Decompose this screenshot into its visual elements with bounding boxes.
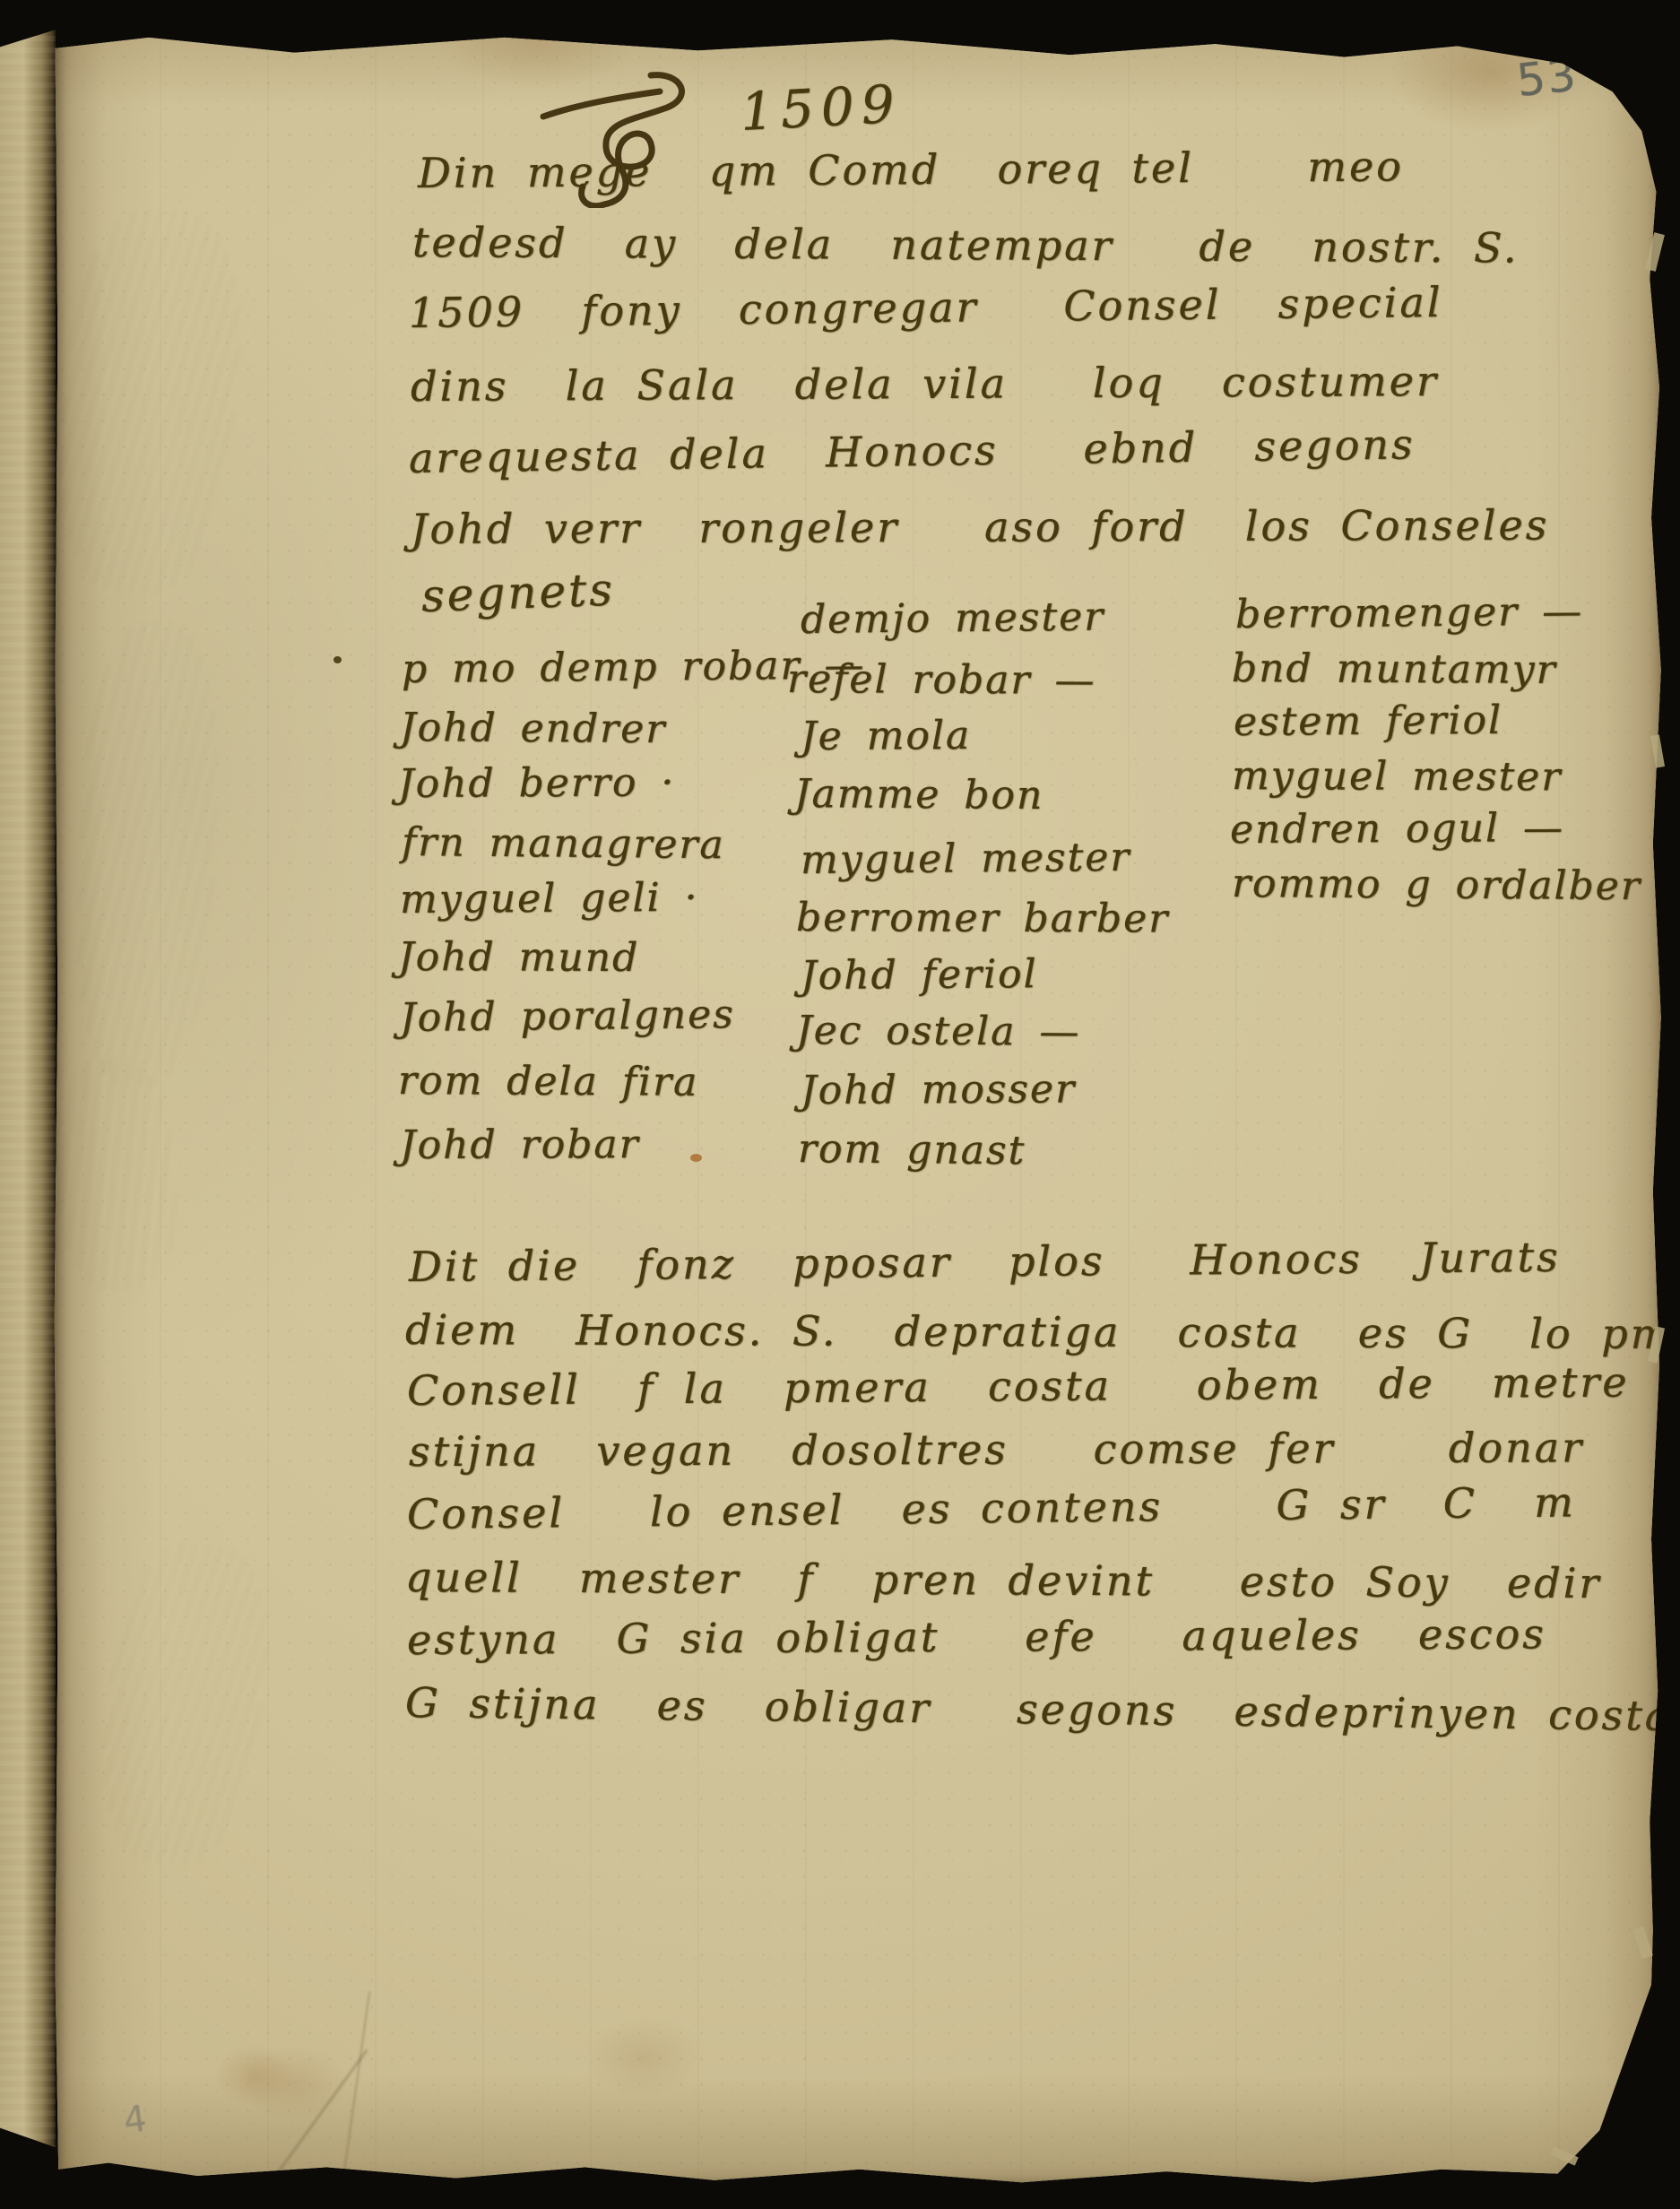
attendees-label: segnets: [420, 567, 615, 619]
deckle-edge: [215, 24, 1560, 36]
paper-crease: [342, 1991, 371, 2187]
attendee-name: Jec ostela —: [796, 1011, 1081, 1053]
manuscript-line: tedesd ay dela natempar de nostr. S.: [412, 221, 1520, 268]
manuscript-line: Consel lo ensel es contens G sr C m: [407, 1481, 1576, 1535]
show-through-marks: [45, 200, 255, 602]
pencil-scribble: [1397, 22, 1587, 40]
attendee-name: Johd mund: [398, 938, 639, 978]
attendee-name: Johd robar: [400, 1125, 640, 1165]
attendee-name: Johd poralgnes: [400, 995, 735, 1038]
attendee-name: rom dela fira: [398, 1061, 699, 1103]
attendee-name: myguel geli ·: [400, 879, 699, 920]
attendee-name: rom gnast: [798, 1130, 1026, 1171]
ink-fleck: [690, 1154, 702, 1162]
show-through-marks: [88, 1533, 283, 1874]
facing-page-edge: [0, 13, 56, 2162]
year-heading: 1509: [739, 78, 902, 138]
manuscript-line: quell mester f pren devint esto Soy edir: [405, 1556, 1602, 1604]
manuscript-line: Consell f la pmera costa obem de metre: [407, 1361, 1630, 1411]
attendee-name: rommo g ordalber: [1232, 864, 1641, 906]
pencil-mark: 4: [121, 2098, 150, 2142]
attendee-name: Johd endrer: [400, 708, 667, 749]
attendee-name: estem feriol: [1234, 701, 1502, 742]
margin-dot: [333, 656, 342, 663]
show-through-marks: [49, 1054, 182, 1295]
manuscript-line: dins la Sala dela vila loq costumer: [411, 360, 1439, 407]
manuscript-line: arequesta dela Honocs ebnd segons: [409, 423, 1416, 479]
attendee-name: Jamme bon: [794, 775, 1044, 816]
show-through-marks: [68, 617, 227, 1089]
manuscript-page: 53 1509 Din mege qm Comd oreq tel meo te…: [52, 18, 1667, 2191]
attendee-name: myguel mester: [1232, 757, 1562, 797]
manuscript-line: stijna vegan dosoltres comse fer donar: [409, 1426, 1584, 1472]
manuscript-line: Din mege qm Comd oreq tel meo: [418, 145, 1404, 194]
attendee-name: endren ogul —: [1230, 809, 1564, 850]
attendee-name: berromenger —: [1235, 593, 1583, 635]
manuscript-line: diem Honocs. S. depratiga costa es G lo …: [405, 1309, 1680, 1355]
attendee-name: frn managrera: [402, 823, 725, 865]
attendee-name: Johd feriol: [801, 955, 1038, 996]
attendee-name: myguel mester: [801, 838, 1131, 880]
manuscript-line: estyna G sia obligat efe aqueles escos: [407, 1613, 1546, 1660]
attendee-name: Johd mosser: [801, 1070, 1076, 1111]
attendee-name: berromer barber: [796, 898, 1169, 939]
manuscript-line: G stijna es obligar segons esdeprinyen c…: [405, 1682, 1673, 1737]
stain: [213, 2044, 294, 2107]
folio-number: 53: [1514, 49, 1580, 108]
manuscript-line: Dit die fonz pposar plos Honocs Jurats: [409, 1236, 1561, 1287]
attendee-name: Johd berro ·: [398, 763, 676, 804]
manuscript-line: 1509 fony congregar Consel special: [409, 282, 1443, 334]
stain: [581, 2017, 706, 2098]
manuscript-photo: 53 1509 Din mege qm Comd oreq tel meo te…: [0, 0, 1680, 2209]
attendee-name: Je mola: [801, 716, 971, 757]
attendee-name: refel robar —: [787, 660, 1096, 701]
attendee-name: demjo mester: [801, 597, 1105, 640]
attendee-name: bnd muntamyr: [1232, 649, 1557, 690]
manuscript-line: Johd verr rongeler aso ford los Conseles: [411, 505, 1549, 550]
